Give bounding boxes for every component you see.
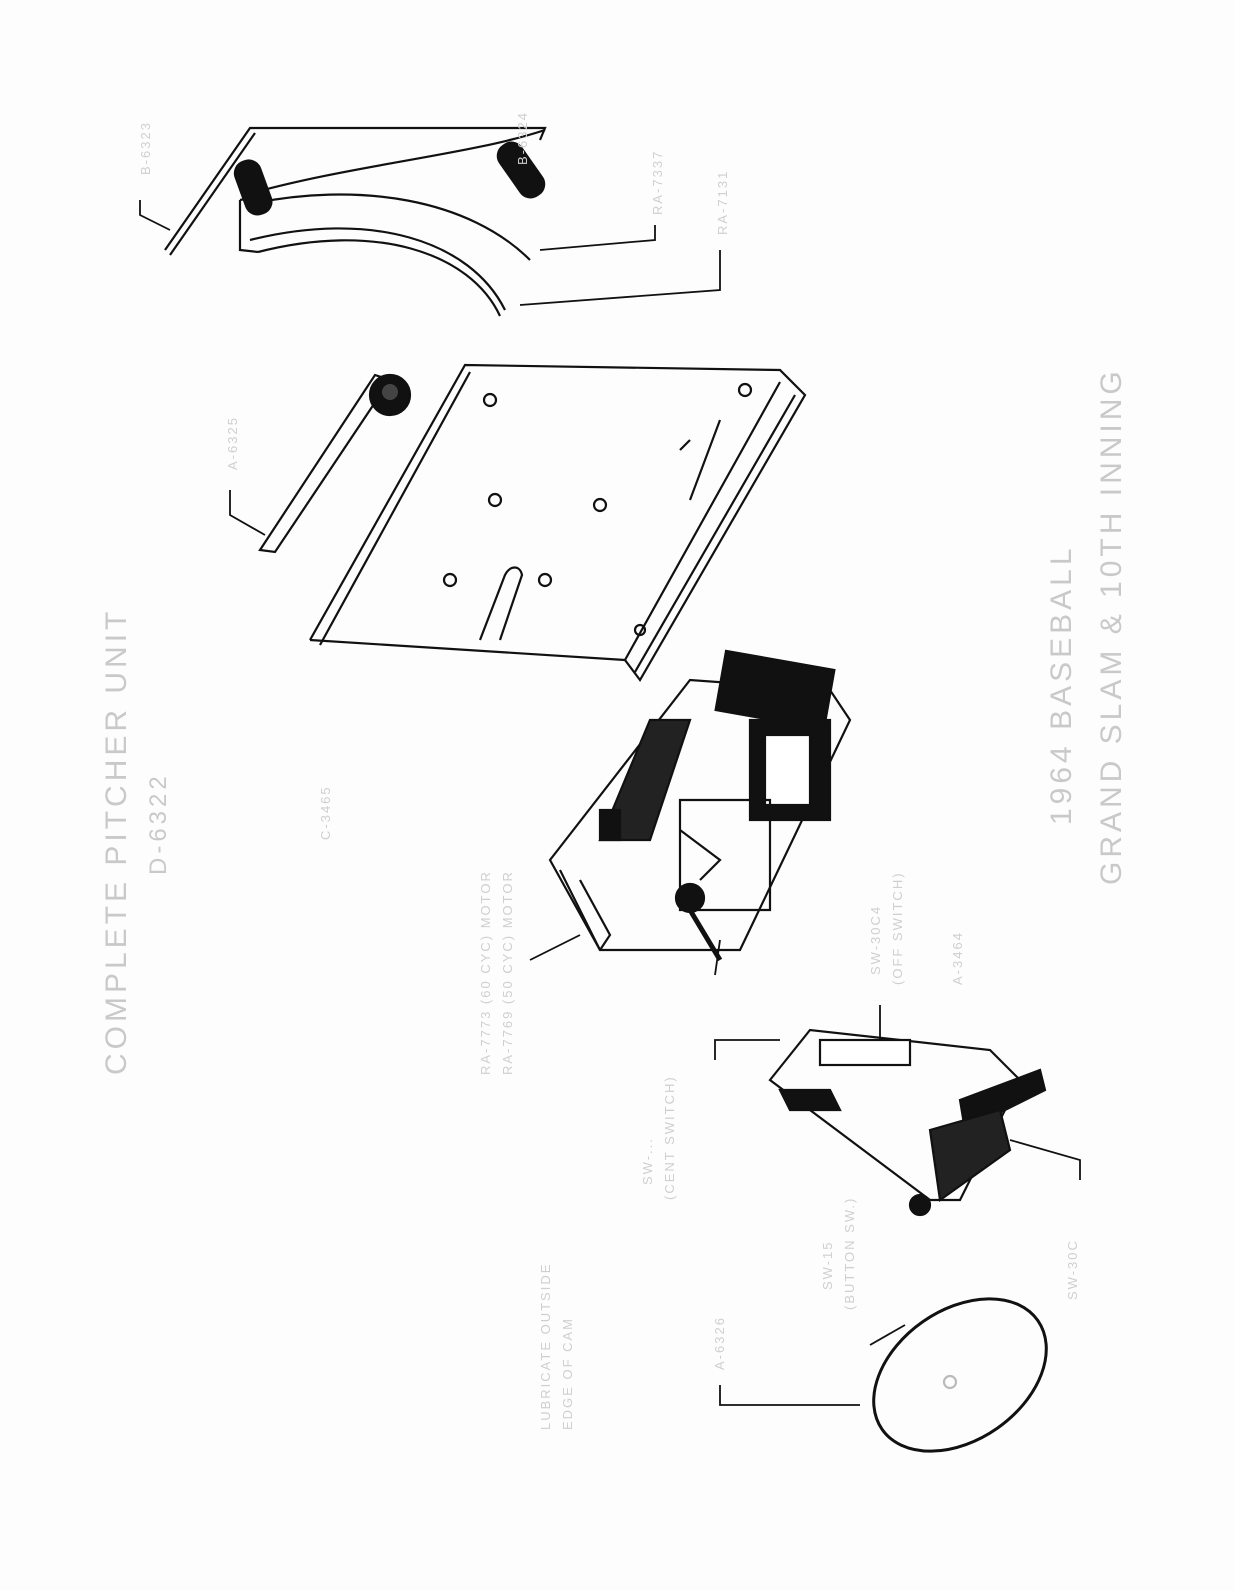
- label-button-switch-part: SW-15: [820, 1241, 835, 1291]
- lube-note-line1: LUBRICATE OUTSIDE: [538, 1263, 553, 1430]
- assembly-title: COMPLETE PITCHER UNIT: [100, 608, 134, 1075]
- switch-assembly: [770, 1030, 1045, 1215]
- label-plate: C-3465: [318, 785, 333, 840]
- assembly-part-number: D-6322: [145, 772, 173, 875]
- label-bracket-part: A-3464: [950, 931, 965, 985]
- label-button-switch-name: (BUTTON SW.): [842, 1197, 857, 1310]
- label-motor-60: RA-7773 (60 CYC) MOTOR: [478, 870, 493, 1075]
- label-off-switch-name: (OFF SWITCH): [890, 871, 905, 985]
- label-rod-right: RA-7337: [650, 150, 665, 215]
- game-title: 1964 BASEBALL: [1045, 544, 1079, 825]
- label-arc: RA-7131: [715, 170, 730, 235]
- motor-assembly: [550, 651, 850, 960]
- arc-bracket-assembly: [165, 128, 549, 316]
- roller-arm: [260, 375, 410, 552]
- lube-note-line2: EDGE OF CAM: [560, 1317, 575, 1430]
- label-cent-switch-name: (CENT SWITCH): [662, 1075, 677, 1200]
- label-top-rod: B-6324: [515, 111, 530, 165]
- label-roller-arm: A-6325: [225, 416, 240, 470]
- label-bottom-switch: SW-30C: [1065, 1239, 1080, 1300]
- game-subtitle: GRAND SLAM & 10TH INNING: [1095, 367, 1129, 885]
- label-motor-50: RA-7769 (50 CYC) MOTOR: [500, 870, 515, 1075]
- leader-lines: [140, 200, 1080, 1405]
- label-cam-disc: A-6326: [712, 1316, 727, 1370]
- label-top-bracket-left: B-6323: [138, 121, 153, 175]
- label-off-switch-part: SW-30C4: [868, 905, 883, 975]
- label-cent-switch-part: SW-...: [640, 1137, 655, 1185]
- cam-disc: [845, 1267, 1075, 1482]
- schematic-page: COMPLETE PITCHER UNIT D-6322 1964 BASEBA…: [0, 0, 1234, 1591]
